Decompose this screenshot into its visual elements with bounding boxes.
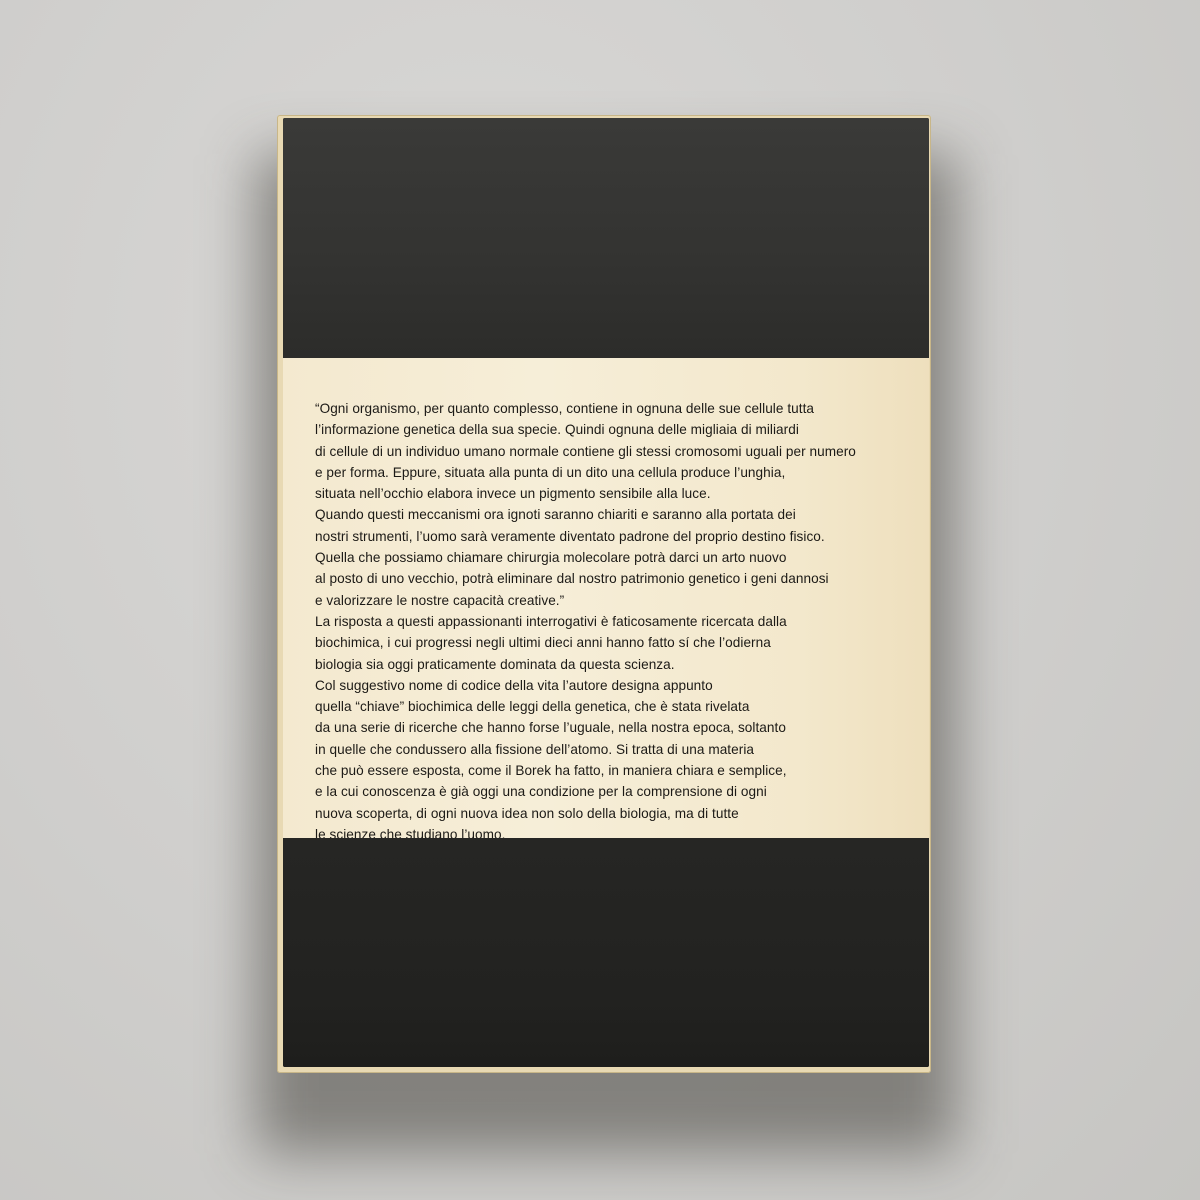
blurb-line: da una serie di ricerche che hanno forse… (315, 717, 915, 738)
blurb-line: Quando questi meccanismi ora ignoti sara… (315, 504, 915, 525)
cover-bottom-dark-band (283, 838, 929, 1067)
blurb-line: situata nell’occhio elabora invece un pi… (315, 483, 915, 504)
cover-top-dark-band (283, 118, 929, 358)
blurb-line: Col suggestivo nome di codice della vita… (315, 675, 915, 696)
book: “Ogni organismo, per quanto complesso, c… (277, 115, 931, 1073)
blurb-line: al posto di uno vecchio, potrà eliminare… (315, 568, 915, 589)
blurb-line: e la cui conoscenza è già oggi una condi… (315, 781, 915, 802)
blurb-line: biochimica, i cui progressi negli ultimi… (315, 632, 915, 653)
blurb-line: “Ogni organismo, per quanto complesso, c… (315, 398, 915, 419)
blurb-line: che può essere esposta, come il Borek ha… (315, 760, 915, 781)
blurb-line: biologia sia oggi praticamente dominata … (315, 654, 915, 675)
back-cover: “Ogni organismo, per quanto complesso, c… (283, 118, 929, 1067)
blurb-line: quella “chiave” biochimica delle leggi d… (315, 696, 915, 717)
blurb-line: nostri strumenti, l’uomo sarà veramente … (315, 526, 915, 547)
blurb-line: l’informazione genetica della sua specie… (315, 419, 915, 440)
blurb-line: nuova scoperta, di ogni nuova idea non s… (315, 803, 915, 824)
blurb-text: “Ogni organismo, per quanto complesso, c… (315, 398, 915, 845)
blurb-line: di cellule di un individuo umano normale… (315, 441, 915, 462)
blurb-line: La risposta a questi appassionanti inter… (315, 611, 915, 632)
blurb-line: Quella che possiamo chiamare chirurgia m… (315, 547, 915, 568)
cover-text-band: “Ogni organismo, per quanto complesso, c… (283, 358, 929, 838)
blurb-line: e per forma. Eppure, situata alla punta … (315, 462, 915, 483)
blurb-line: e valorizzare le nostre capacità creativ… (315, 590, 915, 611)
blurb-line: in quelle che condussero alla fissione d… (315, 739, 915, 760)
